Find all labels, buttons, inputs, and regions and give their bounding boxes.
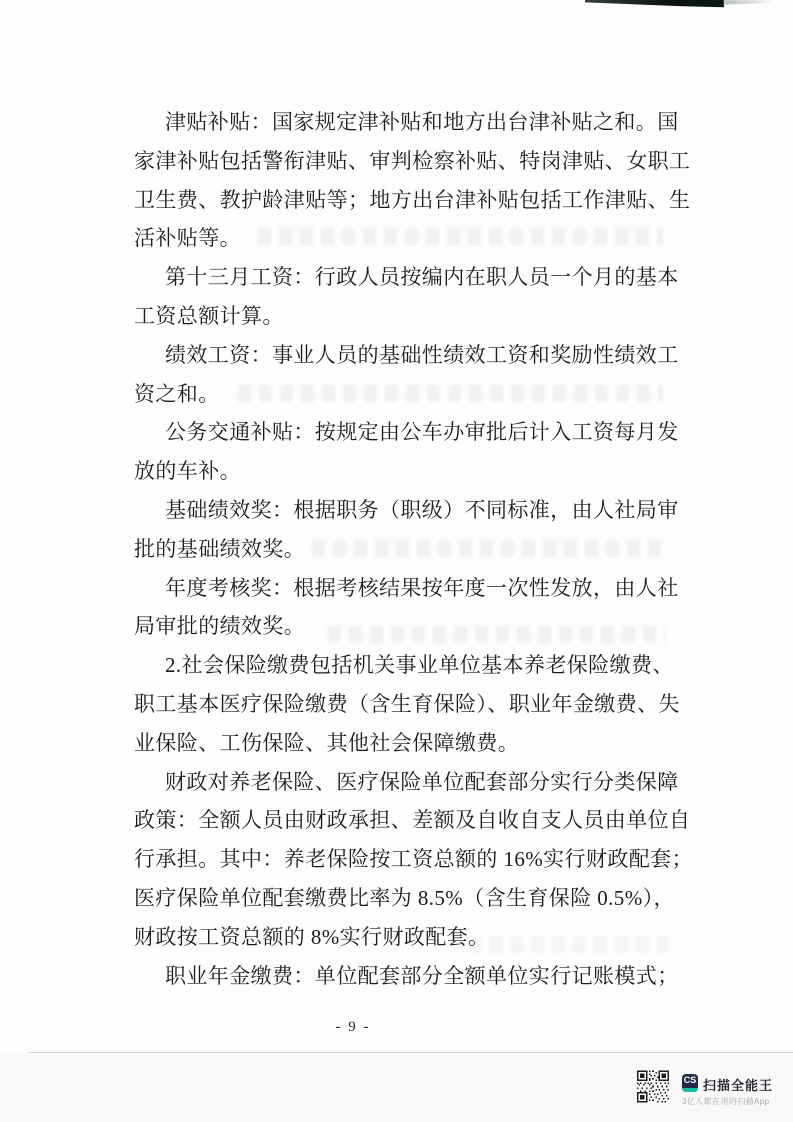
text-line: 卫生费、教护龄津贴等；地方出台津补贴包括工作津贴、生 [134,181,670,220]
page-number: - 9 - [313,1019,393,1036]
bleedthrough-artifact [468,936,668,953]
camscanner-logo-text: CS [682,1075,698,1085]
camscanner-logo-accent [682,1088,698,1092]
camscanner-logo-icon: CS [682,1074,698,1092]
text-line: 工资总额计算。 [134,297,670,336]
scan-edge-artifact [585,0,724,8]
bleedthrough-artifact [328,626,666,643]
text-line: 家津补贴包括警衔津贴、审判检察补贴、特岗津贴、女职工 [134,142,670,181]
camscanner-brand-text: 扫描全能王 [703,1075,773,1094]
scan-bottom-edge-line [28,1052,793,1053]
bleedthrough-artifact [258,228,663,245]
text-line: 津贴补贴：国家规定津补贴和地方出台津补贴之和。国 [134,103,670,142]
text-line: 职工基本医疗保险缴费（含生育保险）、职业年金缴费、失 [134,685,670,724]
text-line: 职业年金缴费：单位配套部分全额单位实行记账模式； [134,957,670,996]
text-line: 财政对养老保险、医疗保险单位配套部分实行分类保障 [134,763,670,802]
text-line: 行承担。其中：养老保险按工资总额的 16%实行财政配套； [134,840,670,879]
text-line: 年度考核奖：根据考核结果按年度一次性发放，由人社 [134,569,670,608]
bleedthrough-artifact [312,540,667,557]
camscanner-watermark: CS 扫描全能王 3亿人都在用的扫描App [637,1068,782,1108]
text-line: 绩效工资：事业人员的基础性绩效工资和奖励性绩效工 [134,336,670,375]
paragraph-social-insurance: 2.社会保险缴费包括机关事业单位基本养老保险缴费、 职工基本医疗保险缴费（含生育… [134,646,670,762]
text-line: 公务交通补贴：按规定由公车办审批后计入工资每月发 [134,413,670,452]
text-line: 基础绩效奖：根据职务（职级）不同标准，由人社局审 [134,491,670,530]
paragraph-13th-month-salary: 第十三月工资：行政人员按编内在职人员一个月的基本 工资总额计算。 [134,258,670,336]
text-line: 政策：全额人员由财政承担、差额及自收自支人员由单位自 [134,801,670,840]
scan-edge-shadow [723,0,775,5]
paragraph-transport-subsidy: 公务交通补贴：按规定由公车办审批后计入工资每月发 放的车补。 [134,413,670,491]
text-line: 第十三月工资：行政人员按编内在职人员一个月的基本 [134,258,670,297]
camscanner-tagline: 3亿人都在用的扫描App [682,1096,769,1107]
bleedthrough-artifact [238,385,663,402]
text-line: 2.社会保险缴费包括机关事业单位基本养老保险缴费、 [134,646,670,685]
paragraph-occupational-annuity: 职业年金缴费：单位配套部分全额单位实行记账模式； [134,957,670,996]
text-line: 业保险、工伤保险、其他社会保障缴费。 [134,724,670,763]
qr-code-icon [637,1070,669,1103]
text-line: 放的车补。 [134,452,670,491]
paragraph-fiscal-matching-policy: 财政对养老保险、医疗保险单位配套部分实行分类保障 政策：全额人员由财政承担、差额… [134,763,670,957]
text-line: 医疗保险单位配套缴费比率为 8.5%（含生育保险 0.5%）， [134,879,670,918]
